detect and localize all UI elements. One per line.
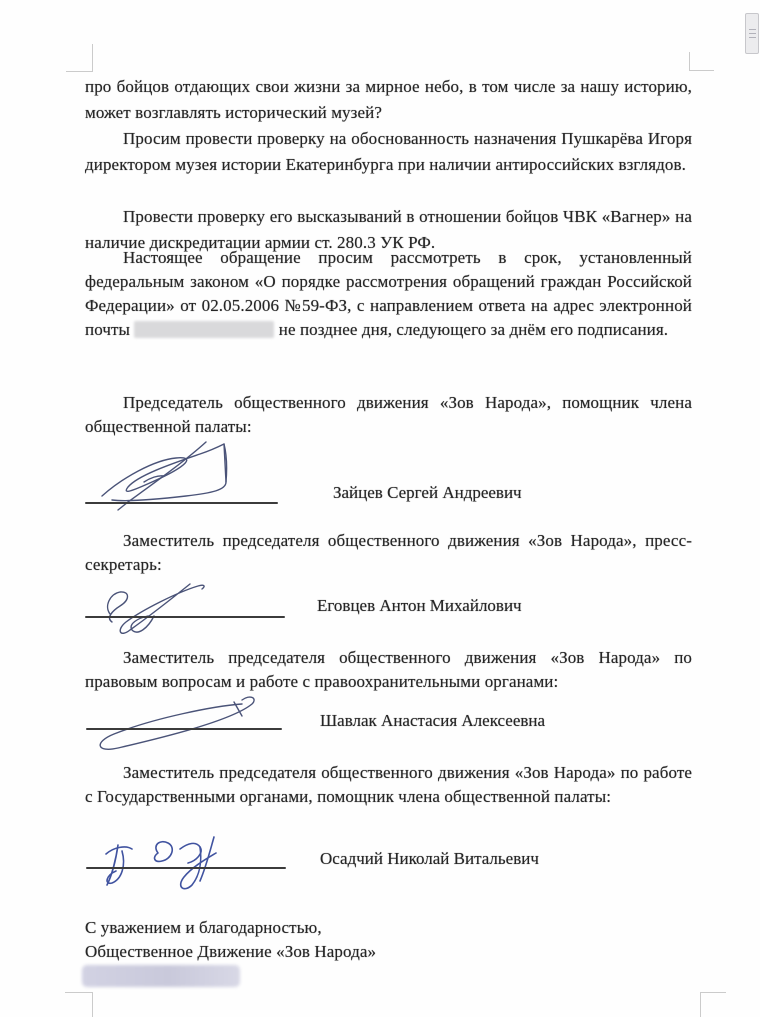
scrollbar-grip-icon [749, 37, 756, 38]
signer-name: Зайцев Сергей Андреевич [333, 483, 522, 503]
signature-line [86, 728, 282, 730]
signature-image-zaytsev [88, 438, 248, 512]
crop-mark-top-left-vertical [92, 44, 93, 72]
crop-mark-top-left-horizontal [66, 71, 93, 72]
signer-title: Заместитель председателя общественного д… [85, 529, 692, 577]
signer-name: Шавлак Анастасия Алексеевна [320, 711, 545, 731]
paragraph-continuation: про бойцов отдающих свои жизни за мирное… [85, 74, 692, 126]
paragraph-request-check: Просим провести проверку на обоснованнос… [85, 126, 692, 178]
crop-mark-bottom-right-vertical [700, 992, 701, 1017]
signature-image-osadchiy [94, 830, 244, 896]
signer-title: Заместитель председателя общественного д… [85, 761, 692, 809]
signature-image-shavlak [90, 692, 295, 754]
crop-mark-top-right-vertical [689, 52, 690, 71]
crop-mark-bottom-left-horizontal [65, 992, 93, 993]
scrollbar-grip-icon [749, 29, 756, 30]
scrollbar-thumb[interactable] [745, 13, 759, 54]
redacted-footer-blur [82, 965, 240, 987]
signer-name: Еговцев Антон Михайлович [317, 596, 522, 616]
closing-block: С уважением и благодарностью, Общественн… [85, 916, 692, 964]
crop-mark-bottom-right-horizontal [700, 992, 726, 993]
closing-organization: Общественное Движение «Зов Народа» [85, 942, 376, 961]
crop-mark-bottom-left-vertical [92, 992, 93, 1017]
crop-mark-top-right-horizontal [689, 70, 714, 71]
signature-line [85, 502, 278, 504]
signer-title: Председатель общественного движения «Зов… [85, 391, 692, 439]
signature-line [86, 867, 286, 869]
scrollbar-grip-icon [749, 33, 756, 34]
closing-regards: С уважением и благодарностью, [85, 918, 322, 937]
signer-name: Осадчий Николай Витальевич [320, 849, 539, 869]
signature-line [85, 616, 285, 618]
legal-text-after-redaction: не позднее дня, следующего за днём его п… [279, 320, 668, 339]
redacted-email-blur [134, 321, 274, 338]
paragraph-legal-deadline: Настоящее обращение просим рассмотреть в… [85, 246, 692, 342]
signature-image-egovtsev [92, 578, 227, 638]
signer-title: Заместитель председателя общественного д… [85, 646, 692, 694]
document-page: про бойцов отдающих свои жизни за мирное… [0, 0, 760, 1017]
